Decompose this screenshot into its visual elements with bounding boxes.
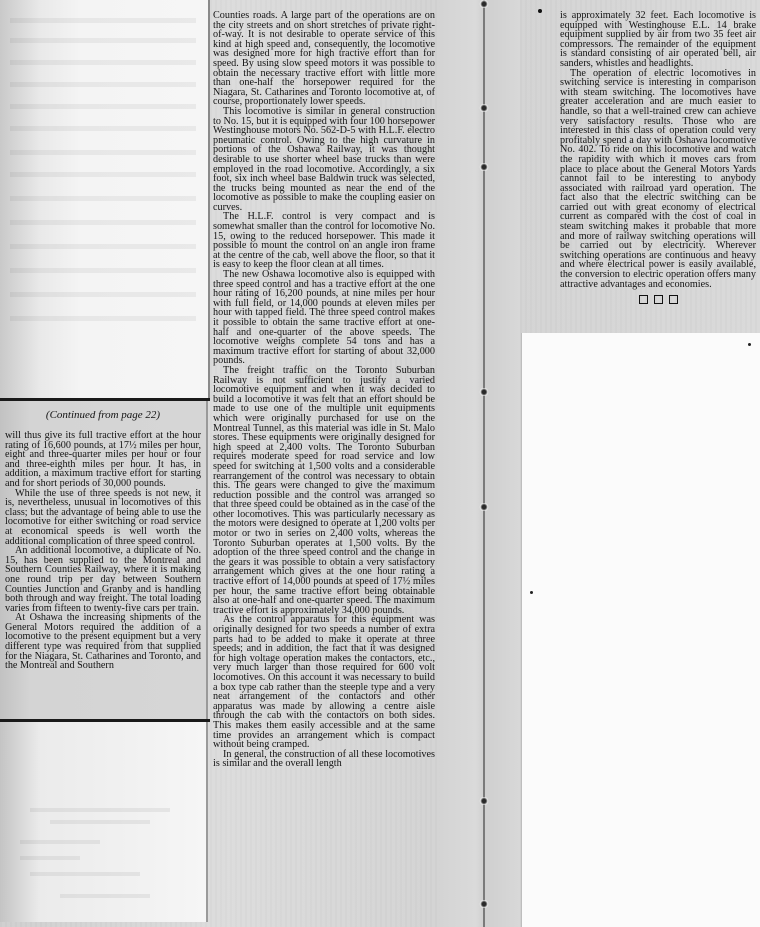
staple-icon — [479, 797, 489, 805]
paragraph: The operation of electric locomotives in… — [560, 69, 756, 290]
end-of-article-marks — [560, 295, 756, 307]
staple-icon — [479, 0, 489, 8]
staple-icon — [479, 503, 489, 511]
paragraph: At Oshawa the increasing shipments of th… — [5, 613, 201, 671]
paragraph: is approximately 32 feet. Each locomotiv… — [560, 11, 756, 69]
hollow-square-icon — [669, 295, 678, 304]
binding-gutter — [440, 0, 520, 927]
paragraph: The new Oshawa locomotive also is equipp… — [213, 270, 435, 366]
paragraph: While the use of three speeds is not new… — [5, 489, 201, 547]
paragraph: An additional locomotive, a duplicate of… — [5, 546, 201, 613]
middle-text-column: Counties roads. A large part of the oper… — [213, 11, 435, 769]
left-text-column: will thus give its full tractive effort … — [5, 431, 201, 671]
blank-page-region — [521, 333, 760, 927]
paragraph: The freight traffic on the Toronto Subur… — [213, 366, 435, 615]
binding-seam — [483, 0, 485, 927]
staple-icon — [479, 163, 489, 171]
paragraph: In general, the construction of all thes… — [213, 750, 435, 769]
staple-icon — [479, 104, 489, 112]
faded-bleedthrough-area — [0, 0, 210, 398]
staple-icon — [479, 388, 489, 396]
paragraph: will thus give its full tractive effort … — [5, 431, 201, 489]
faded-advertisement-area — [0, 722, 208, 922]
right-text-column: is approximately 32 feet. Each locomotiv… — [560, 11, 756, 307]
paragraph: Counties roads. A large part of the oper… — [213, 11, 435, 107]
continued-from-label: (Continued from page 22) — [0, 401, 206, 427]
paragraph: This locomotive is similar in general co… — [213, 107, 435, 213]
paragraph: As the control apparatus for this equipm… — [213, 615, 435, 749]
paragraph: The H.L.F. control is very compact and i… — [213, 212, 435, 270]
bullet-mark-icon — [538, 9, 542, 13]
staple-icon — [479, 900, 489, 908]
hollow-square-icon — [639, 295, 648, 304]
hollow-square-icon — [654, 295, 663, 304]
